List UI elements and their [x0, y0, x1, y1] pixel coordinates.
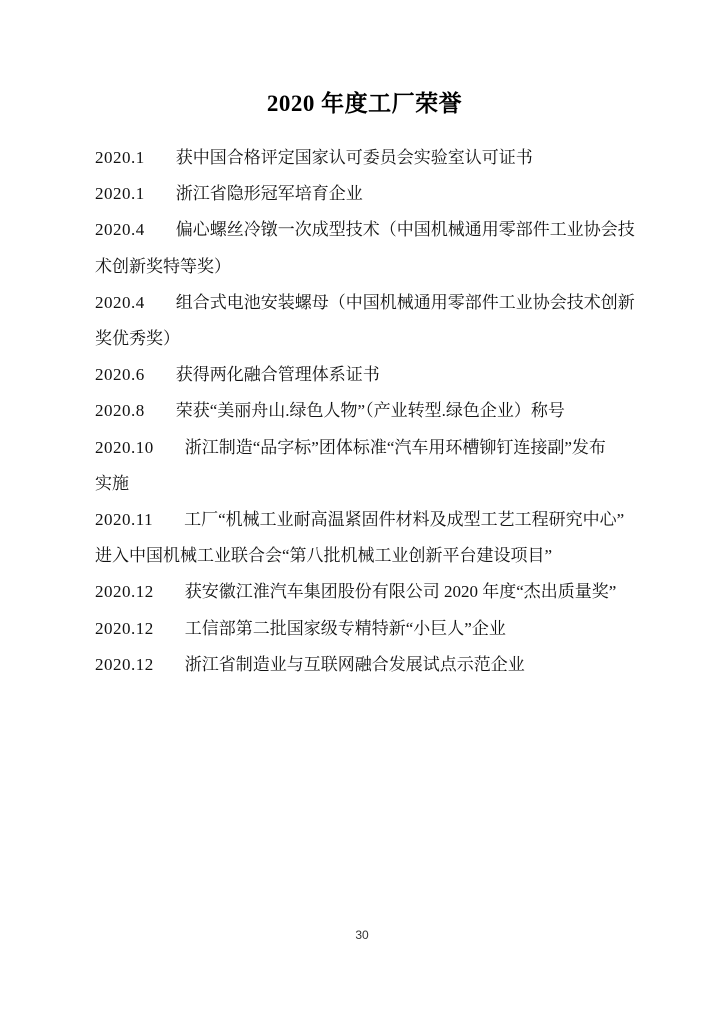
honor-line: 2020.1获中国合格评定国家认可委员会实验室认可证书 [95, 140, 634, 176]
honor-line: 2020.8荣获“美丽舟山.绿色人物”（产业转型.绿色企业）称号 [95, 393, 634, 429]
honor-item: 2020.4组合式电池安装螺母（中国机械通用零部件工业协会技术创新 奖优秀奖） [95, 285, 634, 357]
honor-text: 工信部第二批国家级专精特新“小巨人”企业 [185, 619, 506, 638]
honor-item: 2020.1浙江省隐形冠军培育企业 [95, 176, 634, 212]
honor-date: 2020.8 [95, 393, 145, 429]
honor-date: 2020.1 [95, 140, 145, 176]
document-page: 2020 年度工厂荣誉 2020.1获中国合格评定国家认可委员会实验室认可证书 … [0, 0, 724, 1024]
honor-text: 组合式电池安装螺母（中国机械通用零部件工业协会技术创新 [176, 293, 635, 312]
honor-text: 工厂“机械工业耐高温紧固件材料及成型工艺工程研究中心” [184, 510, 624, 529]
honor-text: 获得两化融合管理体系证书 [176, 365, 380, 384]
honor-date: 2020.12 [95, 611, 154, 647]
honor-text: 获中国合格评定国家认可委员会实验室认可证书 [176, 148, 533, 167]
honor-text: 荣获“美丽舟山.绿色人物”（产业转型.绿色企业）称号 [176, 401, 565, 420]
honor-item: 2020.10浙江制造“品字标”团体标准“汽车用环槽铆钉连接副”发布 实施 [95, 430, 634, 502]
honor-text: 浙江制造“品字标”团体标准“汽车用环槽铆钉连接副”发布 [185, 438, 606, 457]
honor-text: 浙江省隐形冠军培育企业 [176, 184, 363, 203]
honor-text-continuation: 奖优秀奖） [95, 321, 634, 357]
honor-date: 2020.12 [95, 647, 154, 683]
honor-item: 2020.6获得两化融合管理体系证书 [95, 357, 634, 393]
honor-item: 2020.1获中国合格评定国家认可委员会实验室认可证书 [95, 140, 634, 176]
honor-item: 2020.4偏心螺丝冷镦一次成型技术（中国机械通用零部件工业协会技 术创新奖特等… [95, 212, 634, 284]
honor-item: 2020.12浙江省制造业与互联网融合发展试点示范企业 [95, 647, 634, 683]
page-title: 2020 年度工厂荣誉 [95, 90, 634, 118]
honor-line: 2020.11工厂“机械工业耐高温紧固件材料及成型工艺工程研究中心” [95, 502, 634, 538]
honor-line: 2020.12获安徽江淮汽车集团股份有限公司 2020 年度“杰出质量奖” [95, 574, 634, 610]
honor-date: 2020.6 [95, 357, 145, 393]
honor-item: 2020.11工厂“机械工业耐高温紧固件材料及成型工艺工程研究中心” 进入中国机… [95, 502, 634, 574]
honor-date: 2020.4 [95, 285, 145, 321]
honor-date: 2020.11 [95, 502, 153, 538]
honor-line: 2020.10浙江制造“品字标”团体标准“汽车用环槽铆钉连接副”发布 [95, 430, 634, 466]
honor-text-continuation: 进入中国机械工业联合会“第八批机械工业创新平台建设项目” [95, 538, 634, 574]
honor-text: 偏心螺丝冷镦一次成型技术（中国机械通用零部件工业协会技 [176, 220, 635, 239]
honor-text-continuation: 术创新奖特等奖） [95, 249, 634, 285]
honor-text: 获安徽江淮汽车集团股份有限公司 2020 年度“杰出质量奖” [185, 582, 617, 601]
honor-text-continuation: 实施 [95, 466, 634, 502]
honor-item: 2020.8荣获“美丽舟山.绿色人物”（产业转型.绿色企业）称号 [95, 393, 634, 429]
honor-line: 2020.4偏心螺丝冷镦一次成型技术（中国机械通用零部件工业协会技 [95, 212, 634, 248]
honor-date: 2020.1 [95, 176, 145, 212]
honor-text: 浙江省制造业与互联网融合发展试点示范企业 [185, 655, 525, 674]
honor-date: 2020.10 [95, 430, 154, 466]
document-content: 2020 年度工厂荣誉 2020.1获中国合格评定国家认可委员会实验室认可证书 … [95, 0, 634, 683]
honor-item: 2020.12获安徽江淮汽车集团股份有限公司 2020 年度“杰出质量奖” [95, 574, 634, 610]
honor-item: 2020.12工信部第二批国家级专精特新“小巨人”企业 [95, 611, 634, 647]
honor-line: 2020.6获得两化融合管理体系证书 [95, 357, 634, 393]
honor-line: 2020.12浙江省制造业与互联网融合发展试点示范企业 [95, 647, 634, 683]
page-number: 30 [0, 928, 724, 942]
honors-list: 2020.1获中国合格评定国家认可委员会实验室认可证书 2020.1浙江省隐形冠… [95, 140, 634, 683]
honor-line: 2020.12工信部第二批国家级专精特新“小巨人”企业 [95, 611, 634, 647]
honor-line: 2020.1浙江省隐形冠军培育企业 [95, 176, 634, 212]
honor-date: 2020.12 [95, 574, 154, 610]
honor-date: 2020.4 [95, 212, 145, 248]
honor-line: 2020.4组合式电池安装螺母（中国机械通用零部件工业协会技术创新 [95, 285, 634, 321]
